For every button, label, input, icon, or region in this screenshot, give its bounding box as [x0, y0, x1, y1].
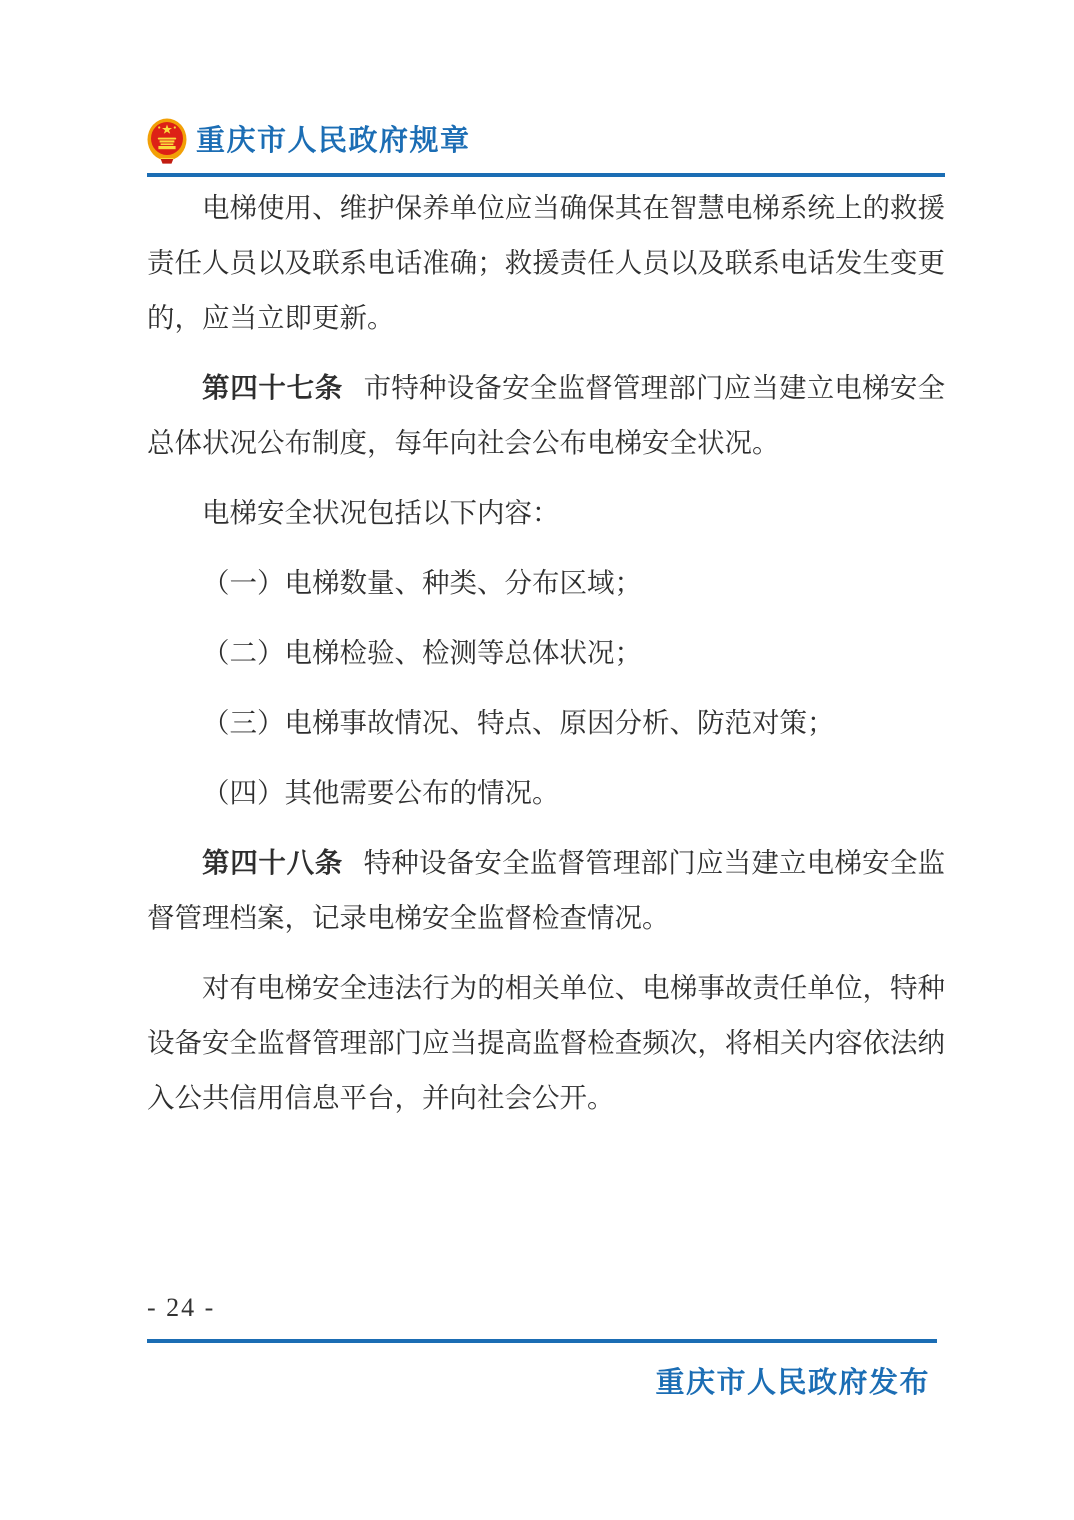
page-title: 重庆市人民政府规章 [196, 118, 471, 164]
document-page: 重庆市人民政府规章 电梯使用、维护保养单位应当确保其在智慧电梯系统上的救援责任人… [0, 0, 1074, 1520]
body-paragraph: （四）其他需要公布的情况。 [147, 765, 945, 820]
page-number: - 24 - [147, 1293, 215, 1323]
body-paragraph: （三）电梯事故情况、特点、原因分析、防范对策； [147, 695, 945, 750]
document-body: 电梯使用、维护保养单位应当确保其在智慧电梯系统上的救援责任人员以及联系电话准确；… [147, 180, 945, 1125]
article-paragraph: 第四十七条市特种设备安全监督管理部门应当建立电梯安全总体状况公布制度，每年向社会… [147, 360, 945, 470]
body-paragraph: （二）电梯检验、检测等总体状况； [147, 625, 945, 680]
footer-rule [147, 1339, 937, 1343]
body-paragraph: 电梯使用、维护保养单位应当确保其在智慧电梯系统上的救援责任人员以及联系电话准确；… [147, 180, 945, 345]
page-header: 重庆市人民政府规章 [147, 118, 945, 164]
body-paragraph: 对有电梯安全违法行为的相关单位、电梯事故责任单位，特种设备安全监督管理部门应当提… [147, 960, 945, 1125]
header-rule [147, 173, 945, 177]
article-number: 第四十八条 [202, 847, 343, 878]
body-paragraph: 电梯安全状况包括以下内容： [147, 485, 945, 540]
publisher-label: 重庆市人民政府发布 [655, 1360, 930, 1401]
article-paragraph: 第四十八条特种设备安全监督管理部门应当建立电梯安全监督管理档案，记录电梯安全监督… [147, 835, 945, 945]
body-paragraph: （一）电梯数量、种类、分布区域； [147, 555, 945, 610]
national-emblem-icon [147, 118, 187, 164]
article-number: 第四十七条 [202, 372, 343, 403]
